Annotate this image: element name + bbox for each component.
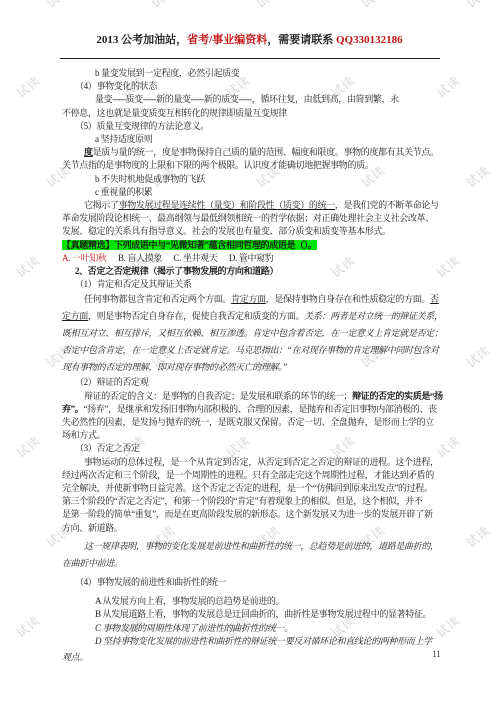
text-segment: 辩证的否定的含义：是事物的自我否定；是发展和联系的环节的统一； — [84, 391, 352, 401]
text-line: 经过两次否定和三个阶段，是一个周期性的进程。只有全部走完这个周期性过程，才能达到… — [62, 469, 446, 482]
text-line: c 重视量的积累 — [62, 186, 446, 199]
text-line: C 事物发展的周期性体现了前进性的曲折性的统一。 — [62, 622, 446, 635]
text-line: 第三个阶段的“否定之否定”，和第一个阶段的“肯定”有着现象上的相似。但是，这个相… — [62, 495, 446, 508]
text-line: D 坚持事物变化发展的前进性和曲折性的辩证统一要反对循环论和直线论的两种形而上学 — [62, 635, 446, 648]
text-segment: “扬弃”，是继承和发扬旧事物内部积极的、合理的因素，是抛弃和否定旧事物内部消极的… — [83, 404, 436, 414]
text-line: B 从发展道路上看，事物的发展总是迂回曲折的，曲折性是事物发展过程中的显著特征。 — [62, 608, 446, 621]
text-line: 它揭示了事物发展过程是连续性（量变）和阶段性（质变）的统一，是我们党的不断革命论… — [62, 199, 446, 212]
header-text-segment: 省考/事业编资料 — [187, 34, 267, 46]
text-line: 任何事物都包含肯定和否定两个方面。肯定方面，是保持事物自身存在和性质稳定的方面。… — [62, 291, 446, 308]
text-segment: （2）辩证的否定观 — [75, 377, 148, 387]
text-line: A. 一叶知秋 B. 盲人摸象 C. 坐井观天 D. 管中窥豹 — [62, 252, 446, 265]
text-segment: （3）否定之否定 — [75, 443, 140, 453]
text-segment: 在曲折中前进。 — [62, 558, 123, 568]
text-segment: 否 — [430, 294, 439, 304]
watermark-text: 试读 — [13, 72, 44, 102]
text-segment: 关系：两者是对立统一的辩证关系， — [304, 311, 442, 321]
text-segment: 第三个阶段的“否定之否定”，和第一个阶段的“肯定”有着现象上的相似。但是，这个相… — [62, 496, 423, 506]
watermark-text: 试读 — [253, 0, 284, 11]
text-line: （2）辩证的否定观 — [62, 376, 446, 389]
header-text-segment: 2013 公考加油站， — [96, 34, 187, 46]
header-text-segment: QQ330132186 — [336, 34, 403, 46]
text-line: b 不失时机地促成事物的飞跃 — [62, 173, 446, 186]
text-line: A 从发展方向上看，事物发展的总趋势是前进的。 — [62, 595, 446, 608]
text-segment: 关节点指的是事物度的上限和下限的两个极限。认识度才能确切地把握事物的质。 — [62, 160, 373, 170]
text-segment: 2、否定之否定规律（揭示了事物发展的方向和道路） — [75, 266, 278, 276]
watermark-text: 试读 — [43, 0, 74, 11]
text-segment: 不停息，这也就是量变质变互相转化的规律即质量互变规律 — [62, 108, 287, 118]
text-segment: 革命发展阶段论相统一、最高纲领与最低纲领相统一的哲学依据；对正确处理社会主义社会… — [62, 213, 434, 223]
text-segment: 事物运动的总体过程，是一个从肯定到否定，从否定到否定之否定的辩证的进程。这个进程… — [84, 457, 439, 467]
text-segment: A 从发展方向上看，事物发展的总趋势是前进的。 — [95, 596, 284, 606]
text-segment: （5）质量互变规律的方法论意义。 — [75, 121, 209, 131]
text-segment: 发展、稳定的关系具有指导意义。社会的发展也有量变、部分质变和质变等基本形式。 — [62, 226, 391, 236]
text-segment: 辩证的否定的实质是“扬 — [352, 391, 443, 401]
watermark-text: 试读 — [463, 0, 494, 11]
text-segment: C 事物发展的周期性体现了前进性的曲折性的统一。 — [95, 623, 293, 633]
text-segment: 定方面 — [62, 311, 88, 321]
text-line: 事物运动的总体过程，是一个从肯定到否定，从否定到否定之否定的辩证的进程。这个进程… — [62, 456, 446, 469]
text-line: 否定中包含肯定，在一定意义上否定就肯定。马克思指出：“在对现存事物的肯定理解中同… — [62, 342, 446, 359]
text-segment: 经过两次否定和三个阶段，是一个周期性的进程。只有全部走完这个周期性过程，才能达到… — [62, 470, 434, 480]
text-line: 失必然性的因素，是发扬与抛弃的统一，是既克服又保留。否定一切、全盘抛弃，是形而上… — [62, 416, 446, 429]
text-segment: A. 一叶知秋 — [62, 253, 107, 263]
text-line: 现有事物的否定的理解，即对现存事物的必然灭亡的理解。” — [62, 359, 446, 376]
watermark-text: 试读 — [463, 162, 494, 192]
document-page: 试读试读试读试读试读试读试读试读试读试读试读试读试读试读试读试读试读试读试读试读… — [0, 0, 499, 706]
text-line: 关节点指的是事物度的上限和下限的两个极限。认识度才能确切地把握事物的质。 — [62, 159, 446, 172]
text-line: （1）肯定和否定及其辩证关系 — [62, 278, 446, 291]
text-line: 2、否定之否定规律（揭示了事物发展的方向和道路） — [62, 265, 446, 278]
text-line: 既相互对立、相互排斥，又相互依赖、相互渗透。肯定中包含着否定，在一定意义上肯定就… — [62, 325, 446, 342]
text-line: 弃”。“扬弃”，是继承和发扬旧事物内部积极的、合理的因素，是抛弃和否定旧事物内部… — [62, 403, 446, 416]
text-line: （5）质量互变规律的方法论意义。 — [62, 120, 446, 133]
header-divider — [60, 58, 440, 59]
text-line: 场和方式。 — [62, 429, 446, 442]
text-segment: 肯定方面 — [231, 294, 266, 304]
text-line: （3）否定之否定 — [62, 442, 446, 455]
header-text-segment: ，需要请联系 — [267, 34, 336, 46]
text-line: 方向、新道路。 — [62, 522, 446, 535]
text-segment: 失必然性的因素，是发扬与抛弃的统一，是既克服又保留。否定一切、全盘抛弃，是形而上… — [62, 417, 434, 427]
text-line: 不停息，这也就是量变质变互相转化的规律即质量互变规律 — [62, 107, 446, 120]
text-line: 发展、稳定的关系具有指导意义。社会的发展也有量变、部分质变和质变等基本形式。 — [62, 225, 446, 238]
text-segment: 这一规律表明，事物的变化发展是前进性和曲折性的统一，总趋势是前进的，道路是曲折的… — [84, 541, 439, 551]
text-line: （4）事物发展的前进性和曲折性的统一 — [62, 576, 446, 589]
text-segment: B 从发展道路上看，事物的发展总是迂回曲折的，曲折性是事物发展过程中的显著特征。 — [95, 609, 431, 619]
text-segment: （4）事物发展的前进性和曲折性的统一 — [75, 577, 226, 587]
watermark-text: 试读 — [463, 522, 494, 552]
text-segment: 是质与量的统一，度是事物保持自己质的量的范围、幅度和限度。事物的度都有其关节点。 — [93, 147, 439, 157]
text-segment: 否定中包含肯定，在一定意义上否定就肯定。马克思指出：“在对现存事物的肯定理解中同… — [62, 345, 439, 355]
text-line: b 量变发展到一定程度，必然引起质变 — [62, 67, 446, 80]
text-segment: ，是保持事物自身存在和性质稳定的方面。 — [266, 294, 430, 304]
text-line: 量变-----质变-----新的量变-----新的质变-----，循环往复，由低… — [62, 93, 446, 106]
text-segment: B. 盲人摸象 C. 坐井观天 D. 管中窥豹 — [107, 253, 274, 263]
text-line: 革命发展阶段论相统一、最高纲领与最低纲领相统一的哲学依据；对正确处理社会主义社会… — [62, 212, 446, 225]
text-line: （4）事物变化的状态 — [62, 80, 446, 93]
text-segment: b 不失时机地促成事物的飞跃 — [95, 174, 205, 184]
text-segment: D 坚持事物变化发展的前进性和曲折性的辩证统一要反对循环论和直线论的两种形而上学 — [95, 636, 432, 646]
page-header: 2013 公考加油站，省考/事业编资料，需要请联系 QQ330132186 — [0, 31, 499, 47]
text-line: 完全解决，并使新事物日益完善。这个否定之否定的进程，是一个“仿佛回到原来出发点”… — [62, 482, 446, 495]
text-segment: 它揭示了 — [84, 200, 119, 210]
text-segment: （4）事物变化的状态 — [75, 81, 157, 91]
text-segment: 场和方式。 — [62, 430, 105, 440]
text-segment: 是第一阶段的简单“重复”，而是在更高阶段发展的新形态。这个新发展又为进一步的发展… — [62, 509, 433, 519]
text-segment: （1）肯定和否定及其辩证关系 — [75, 279, 192, 289]
watermark-text: 试读 — [13, 252, 44, 282]
watermark-text: 试读 — [358, 0, 389, 11]
text-line: 【真题精选】下列成语中与“见微知著”蕴含相同哲理的成语是（）。 — [62, 239, 446, 252]
text-line: 观点。 — [62, 651, 446, 664]
text-segment: ，则是事物否定自身存在，促使自我否定和质变的方面。 — [88, 311, 304, 321]
text-segment: 方向、新道路。 — [62, 523, 123, 533]
text-segment: 事物发展过程是连续性（量变）和阶段性（质变）的统一 — [119, 200, 335, 210]
page-number: 11 — [432, 649, 441, 659]
document-body: b 量变发展到一定程度，必然引起质变（4）事物变化的状态量变-----质变---… — [62, 67, 446, 664]
watermark-text: 试读 — [463, 342, 494, 372]
text-line: 在曲折中前进。 — [62, 555, 446, 572]
text-segment: 既相互对立、相互排斥，又相互依赖、相互渗透。肯定中包含着否定，在一定意义上肯定就… — [62, 328, 443, 338]
text-segment: b 量变发展到一定程度，必然引起质变 — [95, 68, 239, 78]
text-line: a 坚持适度原则 — [62, 133, 446, 146]
text-segment: a 坚持适度原则 — [95, 134, 152, 144]
watermark-text: 试读 — [148, 0, 179, 11]
watermark-text: 试读 — [13, 612, 44, 642]
text-line: 辩证的否定的含义：是事物的自我否定；是发展和联系的环节的统一；辩证的否定的实质是… — [62, 390, 446, 403]
text-line: 定方面，则是事物否定自身存在，促使自我否定和质变的方面。关系：两者是对立统一的辩… — [62, 308, 446, 325]
text-segment: 任何事物都包含肯定和否定两个方面。 — [84, 294, 231, 304]
text-segment: 弃”。 — [62, 404, 83, 414]
text-segment: ，是我们党的不断革命论与 — [335, 200, 439, 210]
text-segment: 量变-----质变-----新的量变-----新的质变-----，循环往复，由低… — [95, 94, 399, 104]
text-line: 度是质与量的统一，度是事物保持自己质的量的范围、幅度和限度。事物的度都有其关节点… — [62, 146, 446, 159]
watermark-text: 试读 — [13, 432, 44, 462]
text-segment: c 重视量的积累 — [95, 187, 152, 197]
text-line: 这一规律表明，事物的变化发展是前进性和曲折性的统一，总趋势是前进的，道路是曲折的… — [62, 538, 446, 555]
text-segment: 现有事物的否定的理解，即对现存事物的必然灭亡的理解。” — [62, 362, 287, 372]
text-segment: 【真题精选】下列成语中与“见微知著”蕴含相同哲理的成语是（）。 — [62, 240, 317, 250]
text-line: 是第一阶段的简单“重复”，而是在更高阶段发展的新形态。这个新发展又为进一步的发展… — [62, 508, 446, 521]
text-segment: 度 — [84, 147, 93, 157]
text-segment: 观点。 — [62, 652, 88, 662]
text-segment: 完全解决，并使新事物日益完善。这个否定之否定的进程，是一个“仿佛回到原来出发点”… — [62, 483, 433, 493]
